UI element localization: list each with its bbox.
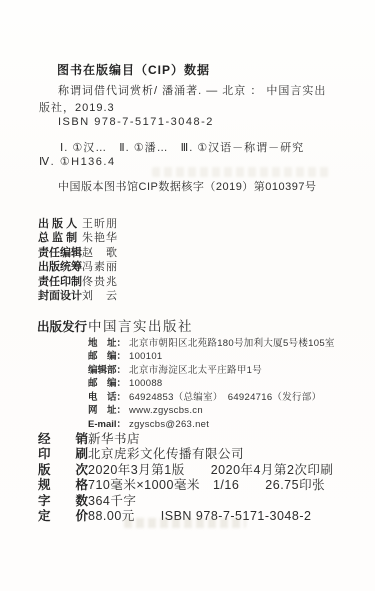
cip-registry-line: 中国版本图书馆CIP数据核字（2019）第010397号: [58, 178, 317, 194]
credit-row-chief-supervisor: 总 监 制 朱艳华: [38, 229, 118, 245]
cip-isbn-line: ISBN 978-7-5171-3048-2: [58, 116, 214, 128]
publisher-postcode2-row: 邮 编： 100088: [88, 375, 163, 389]
credit-value: 冯素丽: [82, 258, 118, 274]
detail-value: 北京市朝阳区北苑路180号加利大厦5号楼105室: [129, 335, 335, 349]
detail-value: 64924853（总编室） 64924716（发行部）: [129, 389, 321, 403]
ink-bleed-artifact: [152, 167, 330, 177]
cip-heading: 图书在版编目（CIP）数据: [57, 61, 210, 78]
detail-value: www.zgyscbs.cn: [129, 405, 203, 416]
publisher-row: 出版发行 中国言实出版社: [37, 315, 193, 335]
detail-value: 100088: [129, 378, 163, 389]
colophon-label: 定 价: [38, 506, 88, 524]
publisher-phone-row: 电 话： 64924853（总编室） 64924716（发行部）: [88, 389, 321, 403]
publisher-postcode-row: 邮 编： 100101: [88, 348, 163, 362]
cip-title-line-1: 称谓词借代词赏析/ 潘涌著. — 北京 ： 中国言实出: [58, 82, 326, 98]
cip-title-line-2: 版社，2019.3: [39, 99, 115, 115]
detail-value: zgyscbs@263.net: [129, 419, 209, 430]
credit-label: 封面设计: [38, 287, 82, 303]
copyright-page: 图书在版编目（CIP）数据 称谓词借代词赏析/ 潘涌著. — 北京 ： 中国言实…: [0, 0, 375, 591]
credit-row-publication-coordinator: 出版统筹 冯素丽: [38, 258, 118, 274]
publisher-editorial-dept-row: 编辑部： 北京市海淀区北太平庄路甲1号: [88, 362, 262, 376]
publisher-label: 出版发行: [37, 317, 88, 335]
detail-label: E-mail：: [88, 416, 126, 430]
ink-bleed-artifact: [124, 518, 246, 528]
publisher-address-row: 地 址： 北京市朝阳区北苑路180号加利大厦5号楼105室: [88, 335, 335, 349]
publisher-name: 中国言实出版社: [88, 315, 193, 335]
detail-label: 网 址：: [88, 402, 126, 416]
detail-value: 北京市海淀区北太平庄路甲1号: [129, 362, 262, 376]
detail-value: 100101: [129, 351, 163, 362]
detail-label: 邮 编：: [88, 348, 126, 362]
publisher-email-row: E-mail： zgyscbs@263.net: [88, 416, 209, 430]
credit-row-cover-designer: 封面设计 刘 云: [38, 287, 118, 303]
detail-label: 电 话：: [88, 389, 126, 403]
detail-label: 地 址：: [88, 335, 126, 349]
cip-classification-line-1: Ⅰ. ①汉… Ⅱ. ①潘… Ⅲ. ①汉语－称谓－研究: [60, 139, 304, 155]
credit-label: 出版统筹: [38, 258, 82, 274]
credit-value: 朱艳华: [82, 229, 118, 245]
publisher-website-row: 网 址： www.zgyscbs.cn: [88, 402, 203, 416]
detail-label: 编辑部：: [88, 362, 126, 376]
credit-label: 总 监 制: [38, 229, 82, 245]
detail-label: 邮 编：: [88, 375, 126, 389]
credit-value: 刘 云: [82, 287, 118, 303]
cip-classification-line-2: Ⅳ. ①H136.4: [39, 155, 116, 168]
